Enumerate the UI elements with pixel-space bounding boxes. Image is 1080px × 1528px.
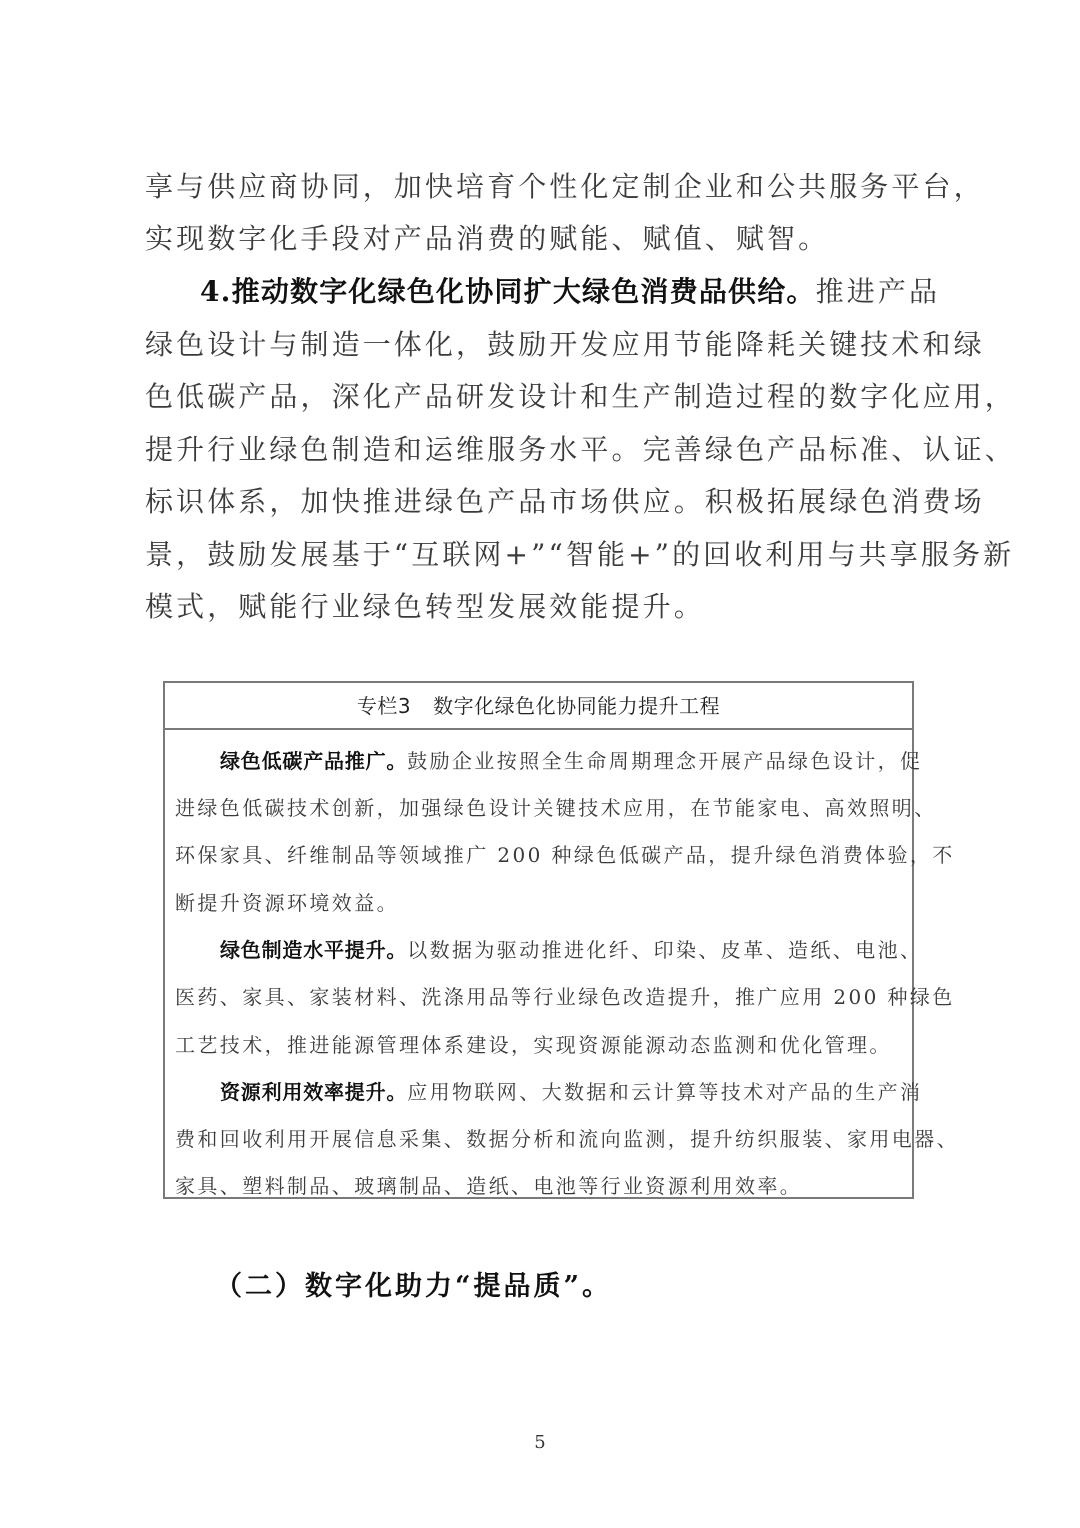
feature-column-box: 专栏3数字化绿色化协同能力提升工程 绿色低碳产品推广。鼓励企业按照全生命周期理念… xyxy=(163,681,914,1199)
box-item-heading: 资源利用效率提升。 xyxy=(220,1080,407,1104)
box-title: 数字化绿色化协同能力提升工程 xyxy=(433,694,720,718)
box-line: 断提升资源环境效益。 xyxy=(175,891,399,915)
page-number: 5 xyxy=(0,1432,1080,1453)
box-line: 医药、家具、家装材料、洗涤用品等行业绿色改造提升，推广应用 200 种绿色 xyxy=(175,985,955,1009)
box-item-first-line: 绿色制造水平提升。以数据为驱动推进化纤、印染、皮革、造纸、电池、 xyxy=(220,938,922,962)
box-item-first-line: 资源利用效率提升。应用物联网、大数据和云计算等技术对产品的生产消 xyxy=(220,1080,922,1104)
box-item-heading: 绿色制造水平提升。 xyxy=(220,938,407,962)
section4-first-tail: 推进产品 xyxy=(816,275,940,308)
paragraph-line: 绿色设计与制造一体化，鼓励开发应用节能降耗关键技术和绿 xyxy=(145,329,945,361)
box-item-heading: 绿色低碳产品推广。 xyxy=(220,749,407,773)
paragraph-line: 实现数字化手段对产品消费的赋能、赋值、赋智。 xyxy=(145,223,945,255)
box-header: 专栏3数字化绿色化协同能力提升工程 xyxy=(165,683,912,730)
paragraph-line: 提升行业绿色制造和运维服务水平。完善绿色产品标准、认证、 xyxy=(145,434,945,466)
box-line: 费和回收利用开展信息采集、数据分析和流向监测，提升纺织服装、家用电器、 xyxy=(175,1127,959,1151)
box-line: 工艺技术，推进能源管理体系建设，实现资源能源动态监测和优化管理。 xyxy=(175,1033,892,1057)
paragraph-line: 色低碳产品，深化产品研发设计和生产制造过程的数字化应用， xyxy=(145,381,945,413)
section4-first-line: 4.推动数字化绿色化协同扩大绿色消费品供给。推进产品 xyxy=(200,276,1000,308)
paragraph-line: 模式，赋能行业绿色转型发展效能提升。 xyxy=(145,591,945,623)
section2-heading: （二）数字化助力“提品质”。 xyxy=(215,1271,612,1303)
section4-heading: 4.推动数字化绿色化协同扩大绿色消费品供给。 xyxy=(200,275,816,308)
box-line: 进绿色低碳技术创新，加强绿色设计关键技术应用，在节能家电、高效照明、 xyxy=(175,796,937,820)
paragraph-line: 享与供应商协同，加快培育个性化定制企业和公共服务平台， xyxy=(145,171,945,203)
box-item-first-line: 绿色低碳产品推广。鼓励企业按照全生命周期理念开展产品绿色设计，促 xyxy=(220,749,922,773)
box-label: 专栏3 xyxy=(357,694,411,718)
document-page: 享与供应商协同，加快培育个性化定制企业和公共服务平台， 实现数字化手段对产品消费… xyxy=(0,0,1080,1528)
box-line: 家具、塑料制品、玻璃制品、造纸、电池等行业资源利用效率。 xyxy=(175,1174,802,1198)
paragraph-line: 景，鼓励发展基于“互联网+”“智能+”的回收利用与共享服务新 xyxy=(145,539,945,571)
box-line: 环保家具、纤维制品等领域推广 200 种绿色低碳产品，提升绿色消费体验，不 xyxy=(175,843,955,867)
paragraph-line: 标识体系，加快推进绿色产品市场供应。积极拓展绿色消费场 xyxy=(145,486,945,518)
